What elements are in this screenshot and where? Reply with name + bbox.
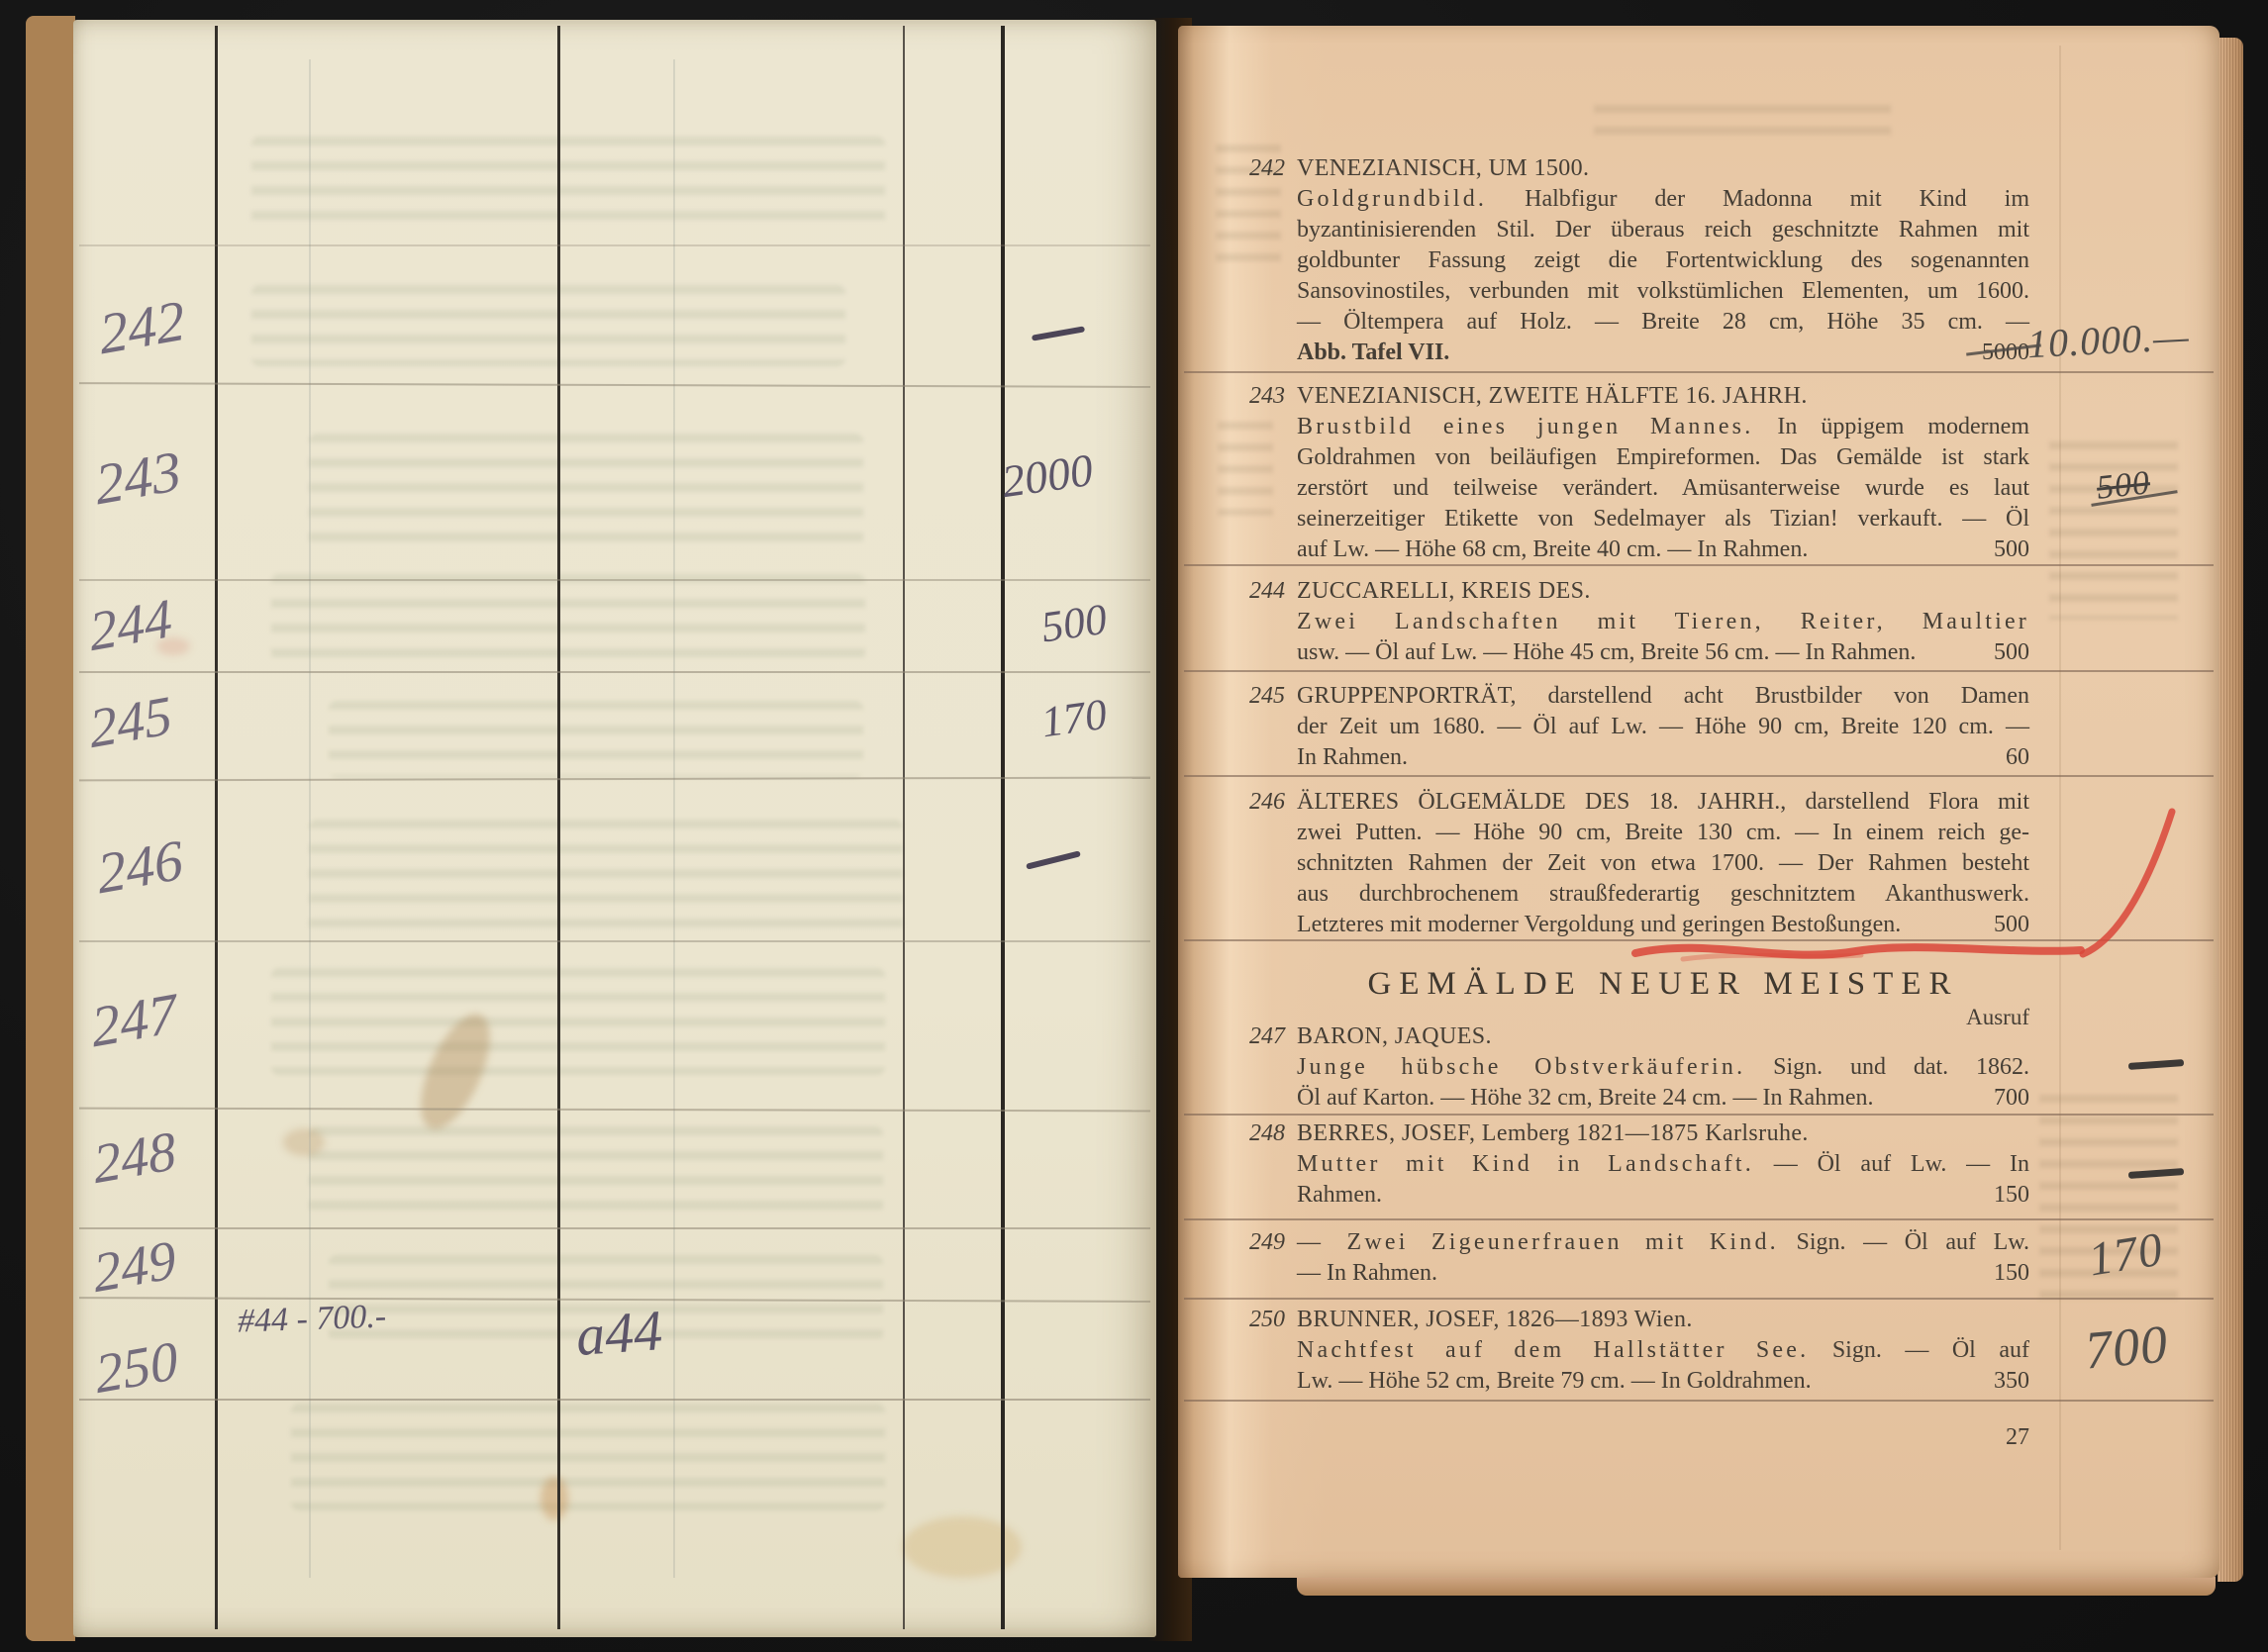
hw-lot-number-242: 242 bbox=[97, 292, 188, 364]
separator-line bbox=[1184, 775, 2214, 777]
row-line bbox=[79, 244, 1150, 246]
separator-line bbox=[1184, 670, 2214, 672]
printed-price: 500 bbox=[1994, 910, 2029, 940]
hw-price-243: 2000 bbox=[999, 447, 1096, 505]
separator-line bbox=[1184, 1114, 2214, 1116]
showthrough-rule bbox=[309, 59, 311, 1578]
row-line bbox=[79, 1399, 1150, 1401]
showthrough-text bbox=[1218, 422, 1273, 516]
entry-line: Brustbild eines jungen Mannes. In üppige… bbox=[1297, 412, 2029, 442]
showthrough-text bbox=[309, 820, 903, 936]
showthrough-text bbox=[1594, 105, 1891, 148]
entry-line: goldbunter Fassung zeigt die Fortentwick… bbox=[1297, 245, 2029, 276]
entry-line: Lw. — Höhe 52 cm, Breite 79 cm. — In Gol… bbox=[1297, 1366, 2029, 1397]
hw-dash-246 bbox=[1026, 850, 1081, 869]
section-heading: GEMÄLDE NEUER MEISTER bbox=[1297, 968, 2029, 1001]
printed-price: 150 bbox=[1994, 1180, 2029, 1211]
printed-price: 700 bbox=[1994, 1083, 2029, 1114]
column-rule bbox=[557, 26, 560, 1629]
entry-line: usw. — Öl auf Lw. — Höhe 45 cm, Breite 5… bbox=[1297, 637, 2029, 668]
entry-line: Goldgrundbild. Halbfigur der Madonna mit… bbox=[1297, 184, 2029, 215]
ledger-page: 242 243 244 245 246 247 248 249 250 2000… bbox=[73, 20, 1156, 1637]
showthrough-text bbox=[271, 574, 865, 661]
printed-price: 150 bbox=[1994, 1258, 2029, 1289]
entry-line: seinerzeitiger Etikette von Sedelmayer a… bbox=[1297, 504, 2029, 534]
showthrough-text bbox=[309, 1126, 883, 1214]
row-line bbox=[79, 579, 1150, 581]
showthrough-text bbox=[251, 137, 885, 236]
lot-number: 243 bbox=[1206, 381, 1285, 412]
row-line bbox=[79, 777, 1150, 782]
column-rule bbox=[215, 26, 218, 1629]
entry-line: zerstört und teilweise verändert. Amüsan… bbox=[1297, 473, 2029, 504]
hw-price-249: 170 bbox=[2086, 1225, 2167, 1284]
hw-lot-number-244: 244 bbox=[87, 591, 175, 660]
hw-lot-number-245: 245 bbox=[87, 688, 175, 757]
printed-price: 500 bbox=[1994, 534, 2029, 565]
entry-line: Goldrahmen von beiläufigen Empireformen.… bbox=[1297, 442, 2029, 473]
entry-line: Mutter mit Kind in Landschaft. — Öl auf … bbox=[1297, 1149, 2029, 1180]
separator-line bbox=[1184, 1400, 2214, 1402]
page-stack-bottom-edge bbox=[1297, 1576, 2216, 1596]
entry-line: — In Rahmen.150 bbox=[1297, 1258, 2029, 1289]
entry-line: aus durchbrochenem straußfederartig gesc… bbox=[1297, 879, 2029, 910]
hw-sum-note: #44 - 700.- bbox=[237, 1300, 386, 1338]
lot-number: 242 bbox=[1206, 153, 1285, 184]
entry-line: Sansovinostiles, verbunden mit volkstüml… bbox=[1297, 276, 2029, 307]
hw-price-250: 700 bbox=[2083, 1316, 2170, 1377]
catalog-page: 242 VENEZIANISCH, UM 1500. Goldgrundbild… bbox=[1178, 26, 2219, 1578]
entry-line: Abb. Tafel VII.5000 bbox=[1297, 338, 2029, 368]
stain bbox=[541, 1477, 568, 1520]
lot-number: 245 bbox=[1206, 681, 1285, 712]
hw-lot-number-247: 247 bbox=[89, 985, 180, 1057]
entry-line: ÄLTERES ÖLGEMÄLDE DES 18. JAHRH., darste… bbox=[1297, 787, 2029, 818]
hw-dash-242 bbox=[1032, 326, 1085, 340]
printed-price: 350 bbox=[1994, 1366, 2029, 1397]
row-line bbox=[79, 1227, 1150, 1229]
entry-header: BRUNNER, JOSEF, 1826—1893 Wien. bbox=[1297, 1305, 2029, 1335]
entry-header: ZUCCARELLI, KREIS DES. bbox=[1297, 576, 2029, 607]
entry-line: auf Lw. — Höhe 68 cm, Breite 40 cm. — In… bbox=[1297, 534, 2029, 565]
showthrough-text bbox=[309, 434, 863, 550]
hw-lot-number-249: 249 bbox=[91, 1232, 179, 1302]
entry-header: BARON, JAQUES. bbox=[1297, 1021, 2029, 1052]
lot-number: 250 bbox=[1206, 1305, 1285, 1335]
showthrough-text bbox=[329, 701, 863, 778]
entry-header: BERRES, JOSEF, Lemberg 1821—1875 Karlsru… bbox=[1297, 1118, 2029, 1149]
row-line bbox=[79, 671, 1150, 673]
separator-line bbox=[1184, 1298, 2214, 1300]
lot-number: 248 bbox=[1206, 1118, 1285, 1149]
entry-header: VENEZIANISCH, UM 1500. bbox=[1297, 153, 2029, 184]
book-scan: 242 243 244 245 246 247 248 249 250 2000… bbox=[0, 0, 2268, 1652]
row-line bbox=[79, 940, 1150, 942]
separator-line bbox=[1184, 1218, 2214, 1220]
row-line bbox=[79, 382, 1150, 388]
entry-line: Nachtfest auf dem Hallstätter See. Sign.… bbox=[1297, 1335, 2029, 1366]
lot-number: 244 bbox=[1206, 576, 1285, 607]
entry-line: Rahmen.150 bbox=[1297, 1180, 2029, 1211]
column-rule bbox=[903, 26, 905, 1629]
hw-lot-number-246: 246 bbox=[95, 831, 186, 904]
hw-lot-number-248: 248 bbox=[91, 1123, 179, 1193]
showthrough-text bbox=[251, 285, 845, 366]
lot-number: 249 bbox=[1206, 1227, 1285, 1258]
hw-lot-number-250: 250 bbox=[93, 1333, 181, 1403]
entry-line: schnitzten Rahmen der Zeit von etwa 1700… bbox=[1297, 848, 2029, 879]
entry-line: — Öltempera auf Holz. — Breite 28 cm, Hö… bbox=[1297, 307, 2029, 338]
entry-line: der Zeit um 1680. — Öl auf Lw. — Höhe 90… bbox=[1297, 712, 2029, 742]
printed-price: 60 bbox=[2006, 742, 2029, 773]
book-fore-edge-left bbox=[26, 16, 75, 1641]
lot-number: 246 bbox=[1206, 787, 1285, 818]
entry-line: In Rahmen.60 bbox=[1297, 742, 2029, 773]
entry-header: VENEZIANISCH, ZWEITE HÄLFTE 16. JAHRH. bbox=[1297, 381, 2029, 412]
entry-line: byzantinisierenden Stil. Der überaus rei… bbox=[1297, 215, 2029, 245]
hw-lot-number-243: 243 bbox=[93, 442, 184, 515]
hw-price-245: 170 bbox=[1038, 693, 1109, 745]
entry-line: — Zwei Zigeunerfrauen mit Kind. Sign. — … bbox=[1297, 1227, 2029, 1258]
entry-line: GRUPPENPORTRÄT, darstellend acht Brustbi… bbox=[1297, 681, 2029, 712]
separator-line bbox=[1184, 371, 2214, 373]
hw-price-242: 10.000.— bbox=[2026, 317, 2190, 365]
printed-price: 500 bbox=[1994, 637, 2029, 668]
hw-price-244: 500 bbox=[1038, 598, 1109, 650]
stain bbox=[283, 1128, 325, 1156]
column-rule bbox=[1001, 26, 1005, 1629]
row-line bbox=[79, 1108, 1150, 1113]
hw-ref-note: a44 bbox=[574, 1302, 664, 1365]
book-fore-edge-right bbox=[2218, 38, 2243, 1582]
showthrough-text bbox=[271, 968, 885, 1075]
page-crease bbox=[2059, 46, 2061, 1550]
showthrough-rule bbox=[673, 59, 675, 1578]
entry-line: Letzteres mit moderner Vergoldung und ge… bbox=[1297, 910, 2029, 940]
entry-line: zwei Putten. — Höhe 90 cm, Breite 130 cm… bbox=[1297, 818, 2029, 848]
page-number: 27 bbox=[1297, 1425, 2029, 1449]
entry-line: Junge hübsche Obstverkäuferin. Sign. und… bbox=[1297, 1052, 2029, 1083]
lot-number: 247 bbox=[1206, 1021, 1285, 1052]
entry-line: Öl auf Karton. — Höhe 32 cm, Breite 24 c… bbox=[1297, 1083, 2029, 1114]
showthrough-text bbox=[291, 1404, 885, 1510]
entry-line: Zwei Landschaften mit Tieren, Reiter, Ma… bbox=[1297, 607, 2029, 637]
